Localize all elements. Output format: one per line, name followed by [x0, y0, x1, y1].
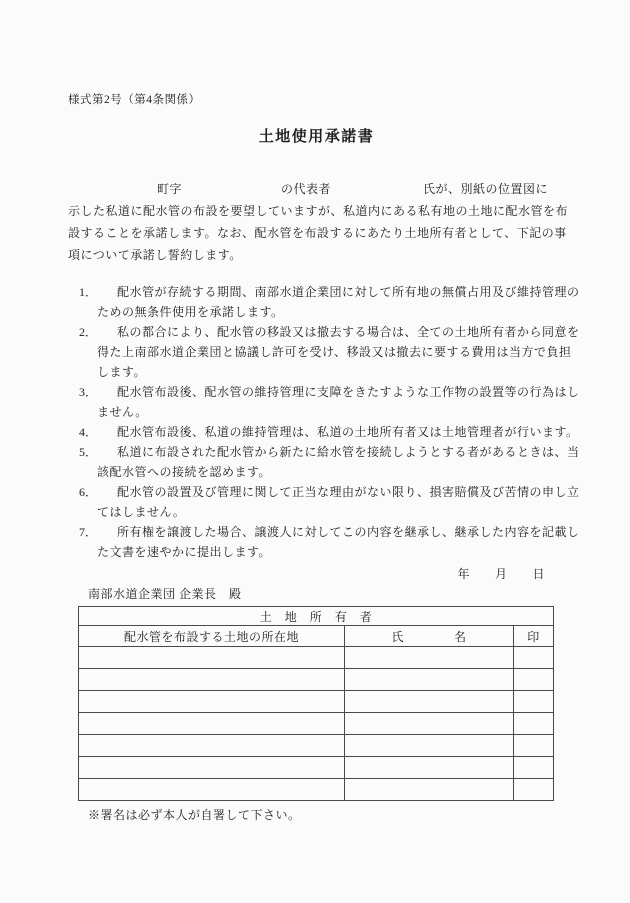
clause-5: 5．私道に布設された配水管から新たに給水管を接続しようとする者があるときは、当 — [68, 442, 565, 462]
clause-5-line-1: 私道に布設された配水管から新たに給水管を接続しようとする者があるときは、当 — [117, 445, 580, 459]
clause-list: 1．配水管が存続する期間、南部水道企業団に対して所有地の無償占用及び維持管理の … — [68, 282, 565, 562]
document-title: 土地使用承諾書 — [68, 126, 565, 148]
column-header-name: 氏 名 — [345, 626, 514, 647]
blank-field-town[interactable] — [68, 192, 157, 193]
cell-seal[interactable] — [514, 669, 554, 691]
cell-name[interactable] — [345, 647, 514, 669]
cell-location[interactable] — [79, 691, 345, 713]
cell-name[interactable] — [345, 691, 514, 713]
clause-3-number: 3． — [79, 382, 117, 402]
clause-6-line-1: 配水管の設置及び管理に関して正当な理由がない限り、損害賠償及び苦情の申し立 — [117, 485, 580, 499]
clause-3-line-1: 配水管布設後、配水管の維持管理に支障をきたすような工作物の設置等の行為はし — [117, 385, 580, 399]
cell-seal[interactable] — [514, 757, 554, 779]
table-row — [79, 713, 554, 735]
clause-6-line-2: てはしません。 — [68, 502, 565, 522]
clause-2-line-2: 得た上南部水道企業団と協議し許可を受け、移設又は撤去に要する費用は当方で負担 — [68, 342, 565, 362]
table-group-header-row: 土 地 所 有 者 — [79, 607, 554, 626]
clause-5-line-2: 該配水管への接続を認めます。 — [68, 462, 565, 482]
clause-1-line-2: ための無条件使用を承諾します。 — [68, 302, 565, 322]
cell-seal[interactable] — [514, 713, 554, 735]
signature-footnote: ※署名は必ず本人が自署して下さい。 — [68, 806, 565, 824]
intro-line-3: 設することを承諾します。なお、配水管を布設するにあたり土地所有者として、下記の事 — [68, 222, 565, 244]
document-page: 様式第2号（第4条関係） 土地使用承諾書 町字の代表者氏が、別紙の位置図に 示し… — [0, 0, 630, 903]
table-column-header-row: 配水管を布設する土地の所在地 氏 名 印 — [79, 626, 554, 647]
clause-3-line-2: ません。 — [68, 402, 565, 422]
table-row — [79, 735, 554, 757]
intro-line-1-end: 氏が、別紙の位置図に — [423, 182, 548, 196]
cell-name[interactable] — [345, 669, 514, 691]
date-field[interactable]: 年 月 日 — [68, 564, 565, 584]
cell-location[interactable] — [79, 647, 345, 669]
addressee: 南部水道企業団 企業長 殿 — [68, 584, 565, 604]
clause-1-line-1: 配水管が存続する期間、南部水道企業団に対して所有地の無償占用及び維持管理の — [117, 285, 580, 299]
clause-3: 3．配水管布設後、配水管の維持管理に支障をきたすような工作物の設置等の行為はし — [68, 382, 565, 402]
clause-2-line-1: 私の都合により、配水管の移設又は撤去する場合は、全ての土地所有者から同意を — [117, 325, 580, 339]
clause-1-number: 1． — [79, 282, 117, 302]
blank-field-town-name[interactable] — [182, 192, 281, 193]
land-owner-table: 土 地 所 有 者 配水管を布設する土地の所在地 氏 名 印 — [78, 606, 554, 801]
clause-4-number: 4． — [79, 422, 117, 442]
cell-name[interactable] — [345, 757, 514, 779]
cell-location[interactable] — [79, 735, 345, 757]
cell-name[interactable] — [345, 713, 514, 735]
clause-7-number: 7． — [79, 522, 117, 542]
cell-location[interactable] — [79, 779, 345, 801]
cell-location[interactable] — [79, 713, 345, 735]
column-header-seal: 印 — [514, 626, 554, 647]
town-label: 町字 — [157, 182, 182, 196]
blank-field-representative-name[interactable] — [331, 192, 423, 193]
clause-7-line-2: た文書を速やかに提出します。 — [68, 542, 565, 562]
table-row — [79, 669, 554, 691]
clause-6-number: 6． — [79, 482, 117, 502]
table-row — [79, 757, 554, 779]
clause-4: 4．配水管布設後、私道の維持管理は、私道の土地所有者又は土地管理者が行います。 — [68, 422, 565, 442]
cell-location[interactable] — [79, 757, 345, 779]
intro-line-1: 町字の代表者氏が、別紙の位置図に — [68, 178, 565, 200]
table-row — [79, 691, 554, 713]
intro-paragraph: 町字の代表者氏が、別紙の位置図に 示した私道に配水管の布設を要望していますが、私… — [68, 178, 565, 266]
cell-name[interactable] — [345, 735, 514, 757]
clause-6: 6．配水管の設置及び管理に関して正当な理由がない限り、損害賠償及び苦情の申し立 — [68, 482, 565, 502]
clause-2-line-3: します。 — [68, 362, 565, 382]
cell-name[interactable] — [345, 779, 514, 801]
clause-2: 2．私の都合により、配水管の移設又は撤去する場合は、全ての土地所有者から同意を — [68, 322, 565, 342]
intro-line-2: 示した私道に配水管の布設を要望していますが、私道内にある私有地の土地に配水管を布 — [68, 200, 565, 222]
table-row — [79, 779, 554, 801]
table-group-header: 土 地 所 有 者 — [79, 607, 554, 626]
cell-location[interactable] — [79, 669, 345, 691]
clause-5-number: 5． — [79, 442, 117, 462]
clause-1: 1．配水管が存続する期間、南部水道企業団に対して所有地の無償占用及び維持管理の — [68, 282, 565, 302]
cell-seal[interactable] — [514, 779, 554, 801]
cell-seal[interactable] — [514, 647, 554, 669]
clause-7: 7．所有権を譲渡した場合、譲渡人に対してこの内容を継承し、継承した内容を記載し — [68, 522, 565, 542]
clause-4-line-1: 配水管布設後、私道の維持管理は、私道の土地所有者又は土地管理者が行います。 — [117, 425, 579, 439]
form-number: 様式第2号（第4条関係） — [68, 92, 565, 108]
clause-7-line-1: 所有権を譲渡した場合、譲渡人に対してこの内容を継承し、継承した内容を記載し — [117, 525, 580, 539]
cell-seal[interactable] — [514, 691, 554, 713]
table-row — [79, 647, 554, 669]
intro-line-4: 項について承諾し誓約します。 — [68, 244, 565, 266]
column-header-location: 配水管を布設する土地の所在地 — [79, 626, 345, 647]
clause-2-number: 2． — [79, 322, 117, 342]
cell-seal[interactable] — [514, 735, 554, 757]
representative-label: の代表者 — [281, 182, 331, 196]
